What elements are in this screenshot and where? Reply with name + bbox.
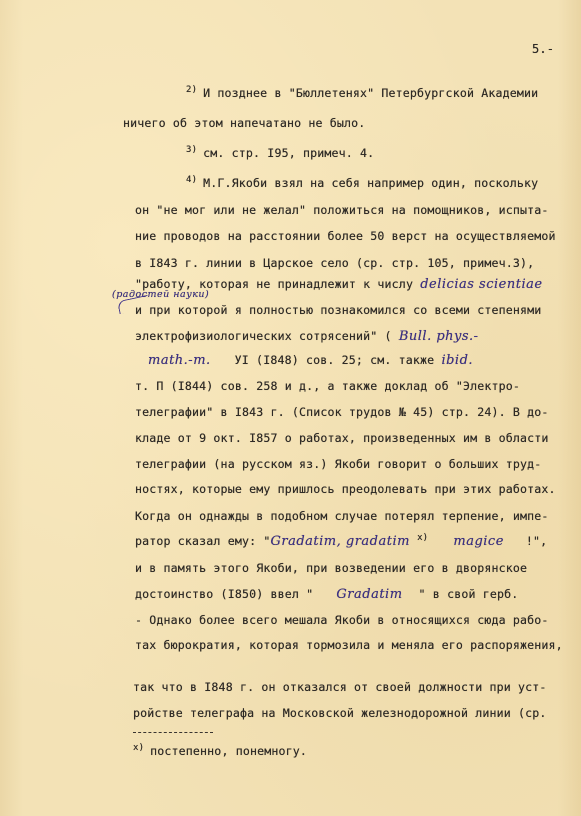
footnote-marker: 3) xyxy=(186,145,197,155)
text-line-15: телеграфии (на русском яз.) Якоби говори… xyxy=(135,457,541,471)
text-line-9: и при которой я полностью познакомился с… xyxy=(135,303,541,317)
text-line-13: телеграфии" в I843 г. (Список трудов № 4… xyxy=(135,405,549,419)
text-line-5: он "не мог или не желал" положиться на п… xyxy=(135,203,549,217)
line-text: достоинство (I850) ввел " xyxy=(135,587,313,601)
footnote-marker: 2) xyxy=(186,85,197,95)
page-number: 5.- xyxy=(532,42,554,56)
text-line-19: и в память этого Якоби, при возведении е… xyxy=(135,561,527,575)
line-text: !", xyxy=(526,534,547,548)
footnote-marker: x) xyxy=(133,743,144,753)
footnote: x)постепенно, понемногу. xyxy=(133,744,307,758)
line-text: И позднее в "Бюллетенях" Петербургской А… xyxy=(203,86,538,100)
line-text: М.Г.Якоби взял на себя например один, по… xyxy=(203,176,538,190)
text-line-6: ние проводов на расстоянии более 50 верс… xyxy=(135,229,556,243)
text-line-2: ничего об этом напечатано не было. xyxy=(123,116,365,130)
line-text: электрофизиологических сотрясений" ( xyxy=(135,329,392,343)
line-text: " в свой герб. xyxy=(419,587,519,601)
line-text: ратор сказал ему: " xyxy=(135,534,270,548)
text-line-12: т. П (I844) сов. 258 и д., а также докла… xyxy=(135,379,520,393)
handwritten-insert: math.-m. xyxy=(148,353,211,368)
document-page: 5.- 2)И позднее в "Бюллетенях" Петербург… xyxy=(0,0,581,816)
line-text: см. стр. I95, примеч. 4. xyxy=(203,146,374,160)
handwritten-insert: Gradatim xyxy=(336,587,402,602)
handwritten-insert: Gradatim, gradatim xyxy=(270,534,409,549)
text-line-20: достоинство (I850) ввел " Gradatim" в св… xyxy=(135,587,518,602)
footnote-text: постепенно, понемногу. xyxy=(150,744,307,758)
text-line-24: ройстве телеграфа на Московской железнод… xyxy=(133,706,547,720)
text-line-10: электрофизиологических сотрясений" ( Bul… xyxy=(135,329,479,344)
text-line-14: кладе от 9 окт. I857 о работах, произвед… xyxy=(135,431,549,445)
text-line-21: - Однако более всего мешала Якоби в отно… xyxy=(135,613,549,627)
text-line-7: в I843 г. линии в Царское село (ср. стр.… xyxy=(135,256,534,270)
text-line-17: Когда он однажды в подобном случае потер… xyxy=(135,509,549,523)
handwritten-insert: ibid. xyxy=(441,353,473,368)
line-text: УI (I848) сов. 25; см. также xyxy=(235,353,435,367)
text-line-16: ностях, которые ему пришлось преодолеват… xyxy=(135,482,556,496)
handwritten-insert: delicias scientiae xyxy=(420,277,542,292)
text-line-1: 2)И позднее в "Бюллетенях" Петербургской… xyxy=(186,86,538,100)
footnote-marker: x) xyxy=(417,533,428,543)
text-line-4: 4)М.Г.Якоби взял на себя например один, … xyxy=(186,176,538,190)
handwritten-insert: magice xyxy=(453,534,504,549)
handwritten-insert: Bull. phys.- xyxy=(399,329,479,344)
text-line-11: math.-m.УI (I848) сов. 25; см. также ibi… xyxy=(148,353,473,368)
footnote-marker: 4) xyxy=(186,175,197,185)
text-line-3: 3)см. стр. I95, примеч. 4. xyxy=(186,146,374,160)
text-line-18: ратор сказал ему: "Gradatim, gradatim x)… xyxy=(135,534,547,549)
text-line-22: тах бюрократия, которая тормозила и меня… xyxy=(135,638,563,652)
text-line-23: так что в I848 г. он отказался от своей … xyxy=(133,680,547,694)
footnote-separator xyxy=(133,732,213,733)
